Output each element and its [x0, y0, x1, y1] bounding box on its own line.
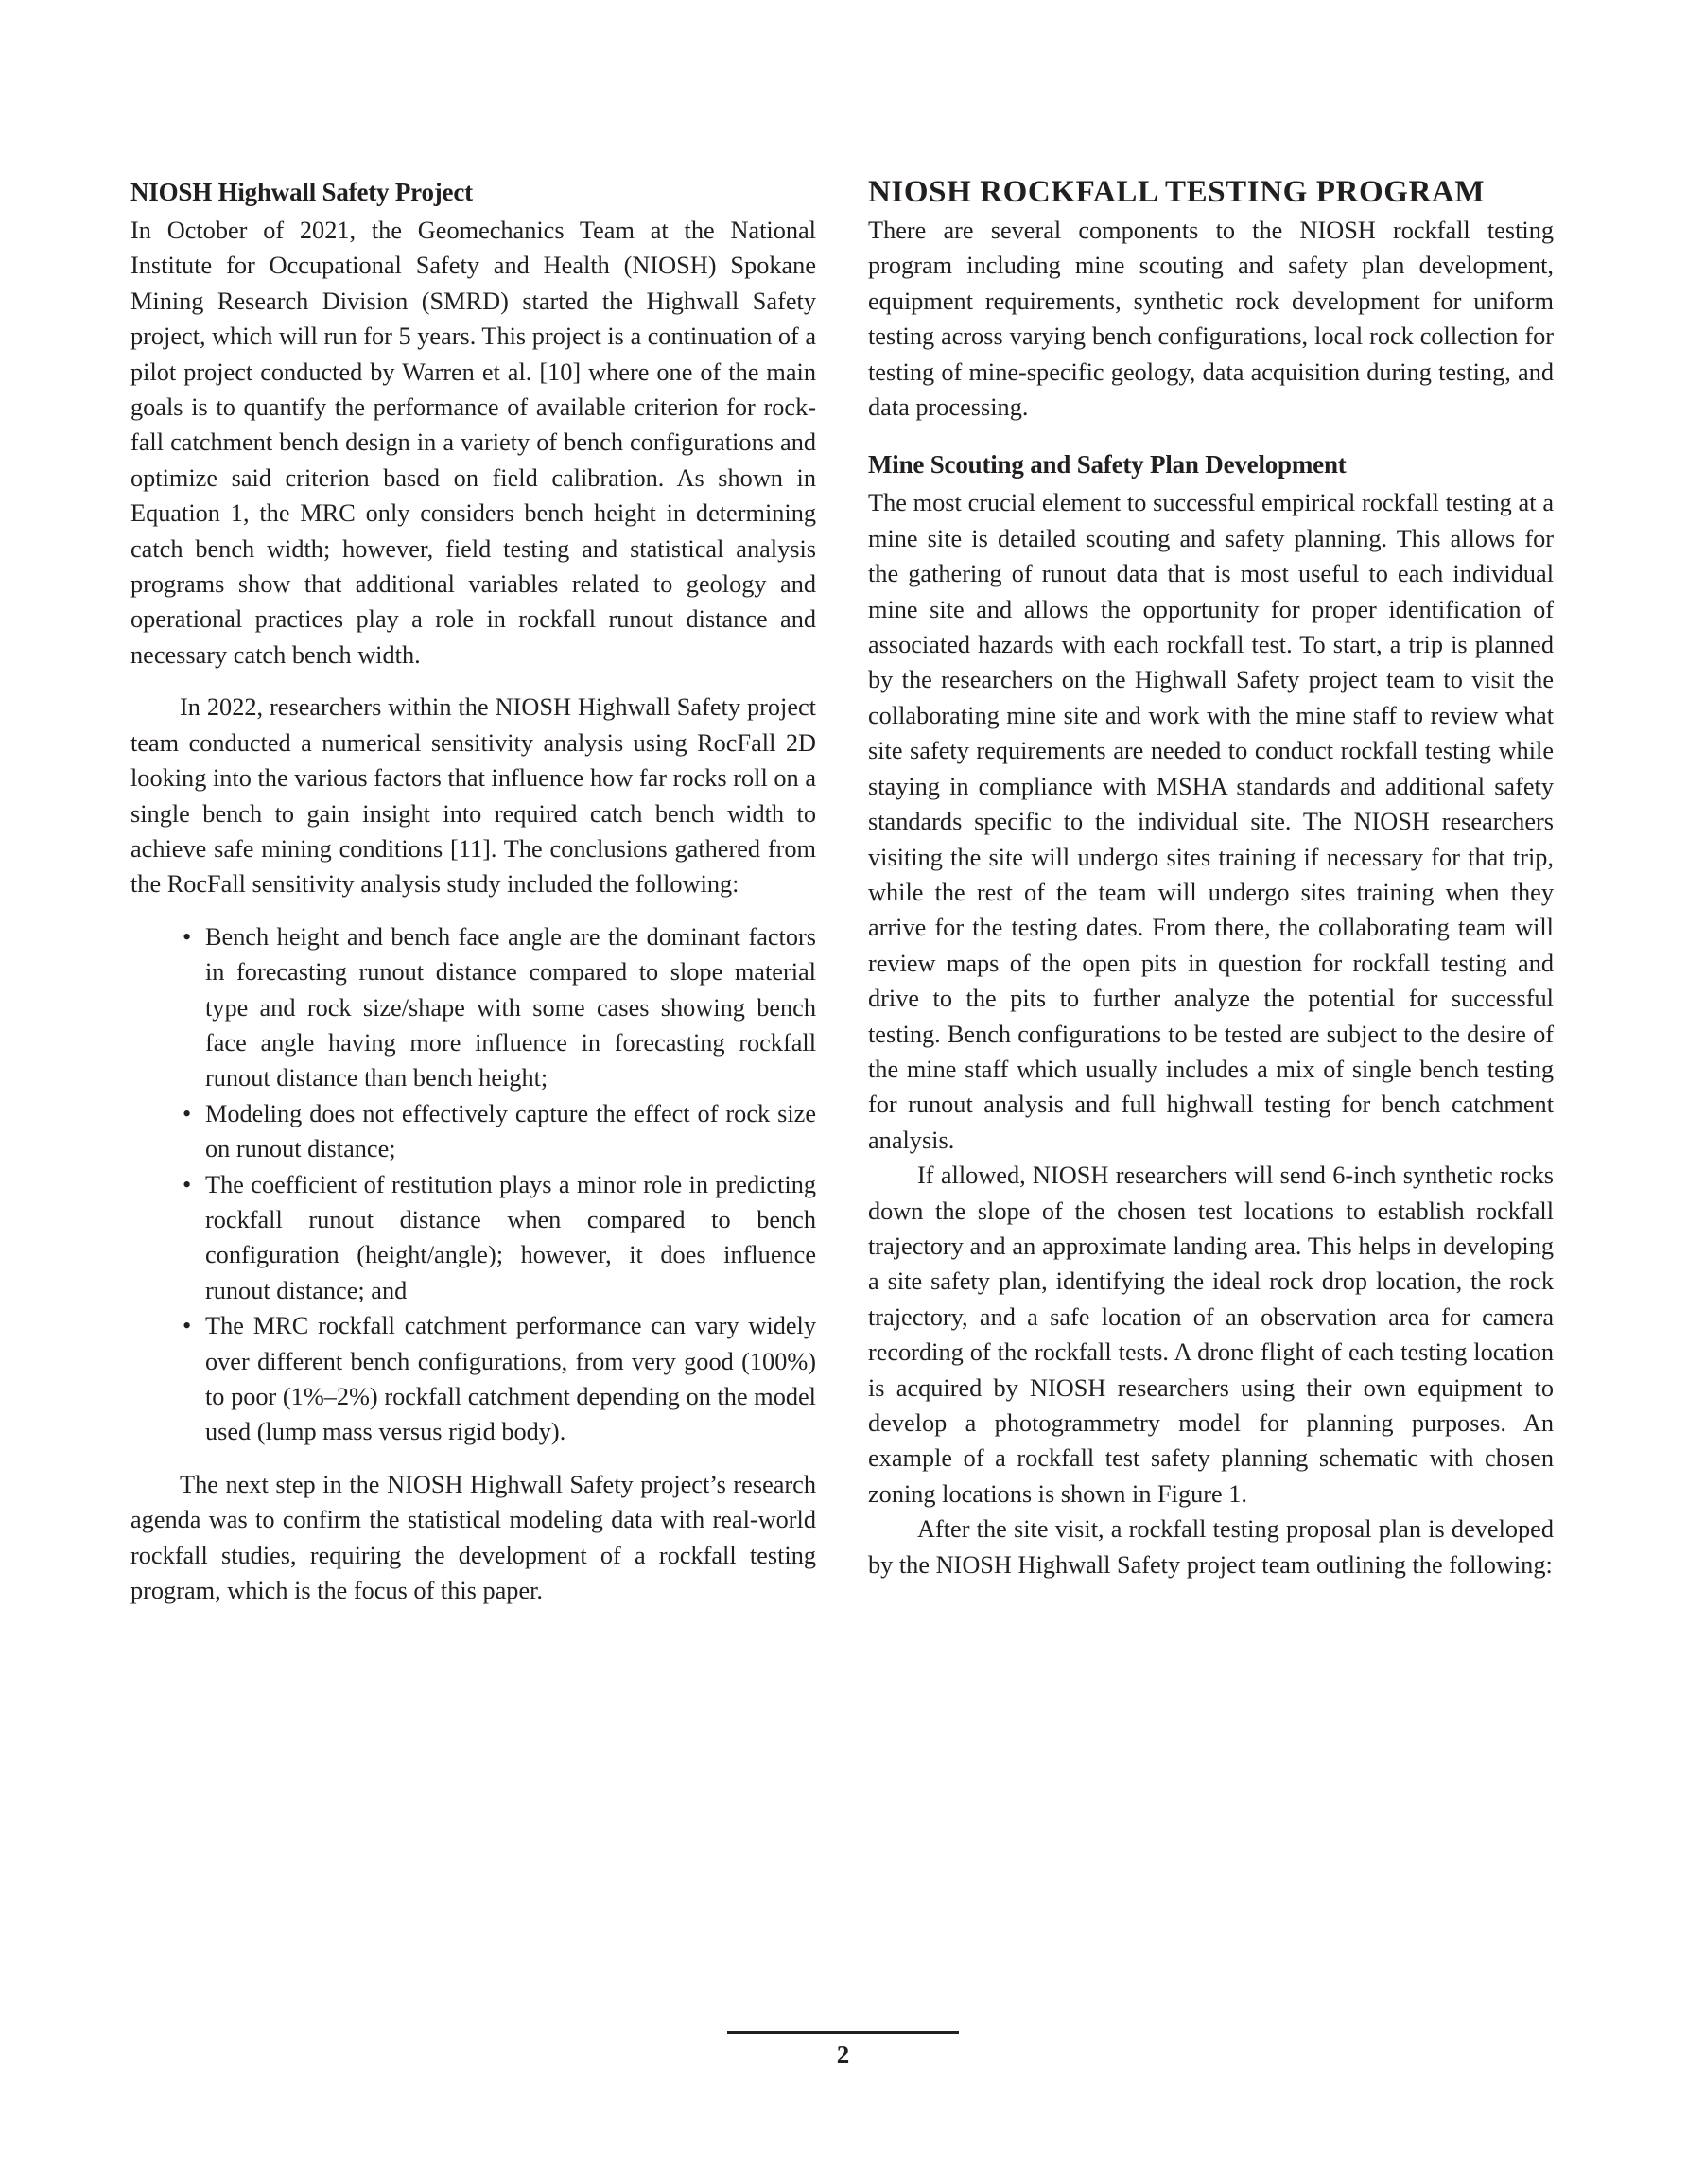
list-item-text: The MRC rockfall catchment performance c… — [205, 1312, 816, 1445]
bullet-icon: • — [183, 919, 191, 954]
section-title-rockfall-testing-program: NIOSH ROCKFALL TESTING PROGRAM — [868, 173, 1554, 211]
list-item-text: The coefficient of restitution plays a m… — [205, 1171, 816, 1304]
paragraph-sensitivity-analysis: In 2022, researchers within the NIOSH Hi… — [130, 690, 816, 901]
conclusions-list: • Bench height and bench face angle are … — [130, 919, 816, 1450]
paragraph-proposal-plan: After the site visit, a rockfall testing… — [868, 1511, 1554, 1582]
paragraph-program-components: There are several components to the NIOS… — [868, 213, 1554, 425]
list-item: • The coefficient of restitution plays a… — [205, 1167, 816, 1309]
right-column: NIOSH ROCKFALL TESTING PROGRAM There are… — [868, 173, 1554, 1582]
paragraph-synthetic-rocks: If allowed, NIOSH researchers will send … — [868, 1158, 1554, 1511]
list-item: • The MRC rockfall catchment performance… — [205, 1308, 816, 1450]
page-number: 2 — [727, 2038, 959, 2070]
bullet-icon: • — [183, 1167, 191, 1202]
left-column: NIOSH Highwall Safety Project In October… — [130, 173, 816, 1608]
subheading-mine-scouting: Mine Scouting and Safety Plan Developmen… — [868, 446, 1554, 483]
list-item-text: Bench height and bench face angle are th… — [205, 923, 816, 1092]
bullet-icon: • — [183, 1308, 191, 1343]
paragraph-intro: In October of 2021, the Geomechanics Tea… — [130, 213, 816, 673]
paragraph-next-step: The next step in the NIOSH Highwall Safe… — [130, 1467, 816, 1609]
list-item: • Modeling does not effectively capture … — [205, 1096, 816, 1167]
footer-divider — [727, 2031, 959, 2034]
list-item: • Bench height and bench face angle are … — [205, 919, 816, 1096]
list-item-text: Modeling does not effectively capture th… — [205, 1100, 816, 1162]
paragraph-scouting: The most crucial element to successful e… — [868, 485, 1554, 1158]
bullet-icon: • — [183, 1096, 191, 1131]
subheading-highwall-safety-project: NIOSH Highwall Safety Project — [130, 173, 816, 211]
